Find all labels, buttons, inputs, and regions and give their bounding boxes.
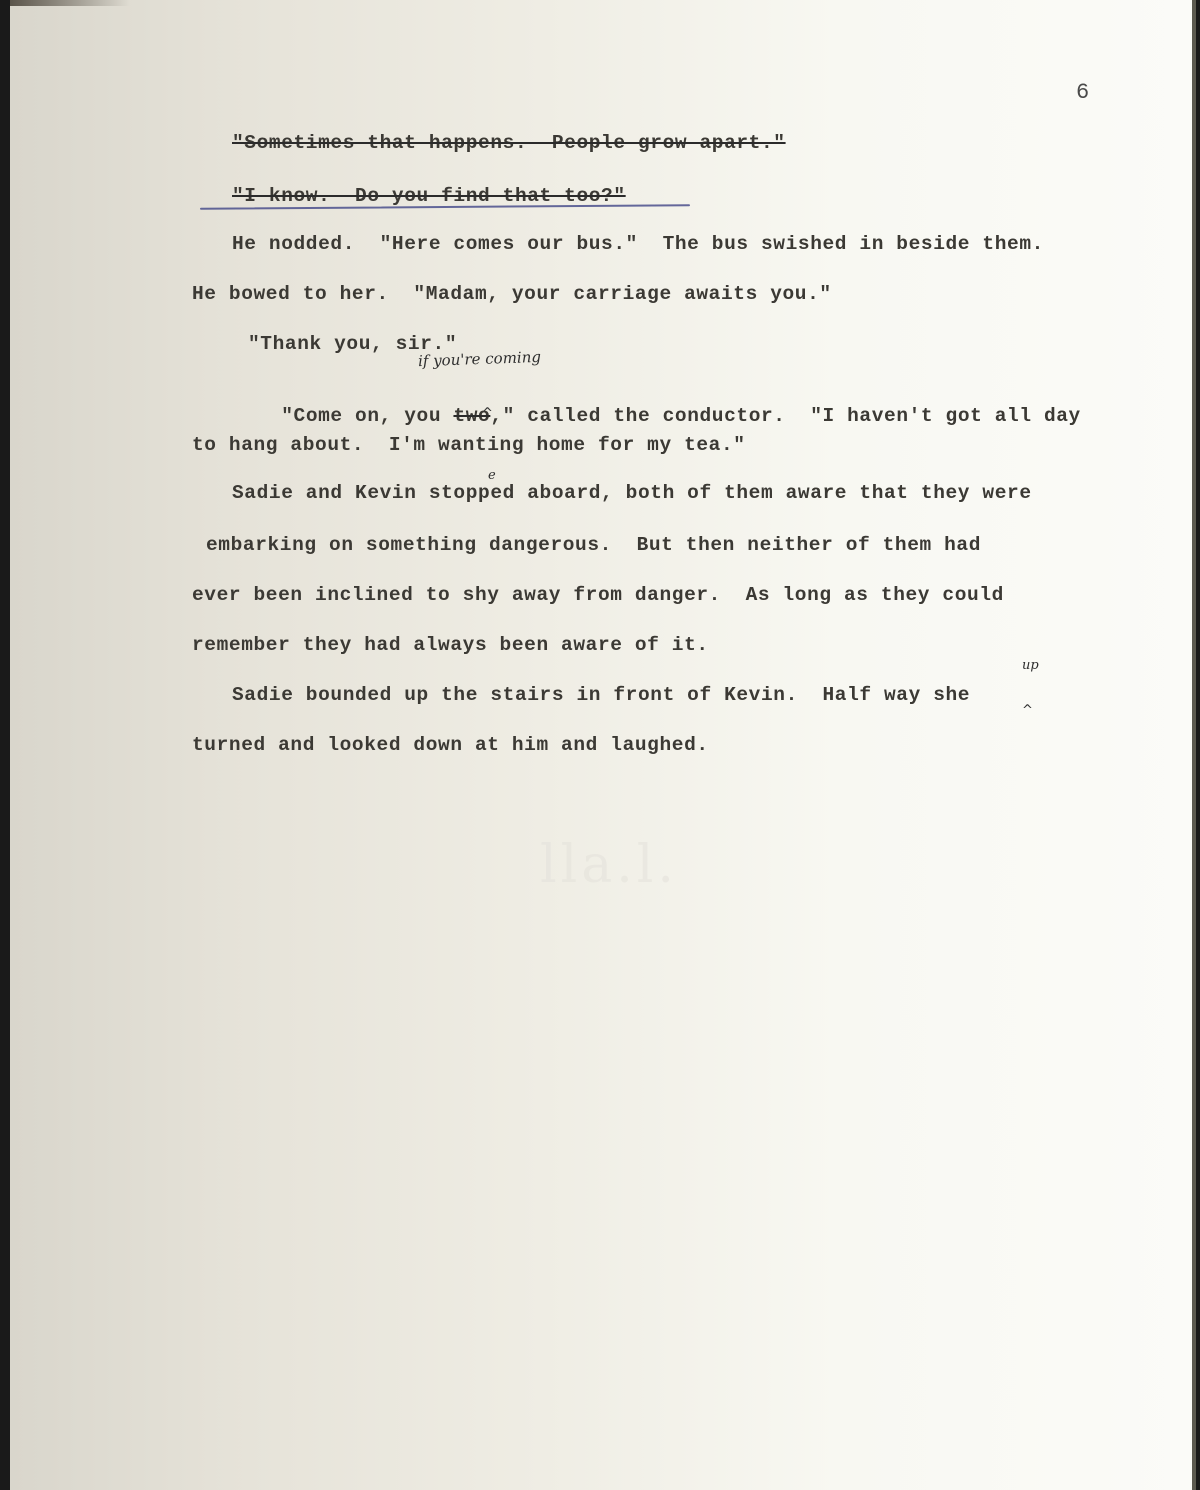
- text-line: He nodded. "Here comes our bus." The bus…: [232, 233, 1044, 255]
- text-line: embarking on something dangerous. But th…: [206, 534, 981, 556]
- page-edge: [1192, 0, 1196, 1490]
- text-line: turned and looked down at him and laughe…: [192, 734, 709, 756]
- text-segment: ," called the conductor. "I haven't got …: [490, 405, 1081, 427]
- text-line: ever been inclined to shy away from dang…: [192, 584, 1004, 606]
- bleed-through-mark: lla.l.: [540, 835, 678, 895]
- text-segment: "Come on, you: [281, 405, 453, 427]
- text-line: Sadie and Kevin stopped aboard, both of …: [232, 482, 1032, 504]
- struck-line-i-know: "I know. Do you find that too?": [232, 185, 626, 207]
- struck-line-sometimes: "Sometimes that happens. People grow apa…: [232, 132, 786, 154]
- typewritten-page: lla.l. 6 "Sometimes that happens. People…: [10, 0, 1196, 1490]
- handwritten-insert-if-youre-coming: if you're coming: [418, 348, 541, 370]
- insertion-caret-icon: ^: [1022, 703, 1033, 718]
- insertion-caret-icon: ^: [482, 406, 493, 421]
- handwritten-insert-e: e: [488, 468, 496, 483]
- text-line: He bowed to her. "Madam, your carriage a…: [192, 283, 832, 305]
- text-line: to hang about. I'm wanting home for my t…: [192, 434, 746, 456]
- text-line: remember they had always been aware of i…: [192, 634, 709, 656]
- text-line: Sadie bounded up the stairs in front of …: [232, 684, 970, 706]
- page-number: 6: [1076, 80, 1089, 105]
- handwritten-insert-up: up: [1022, 658, 1039, 673]
